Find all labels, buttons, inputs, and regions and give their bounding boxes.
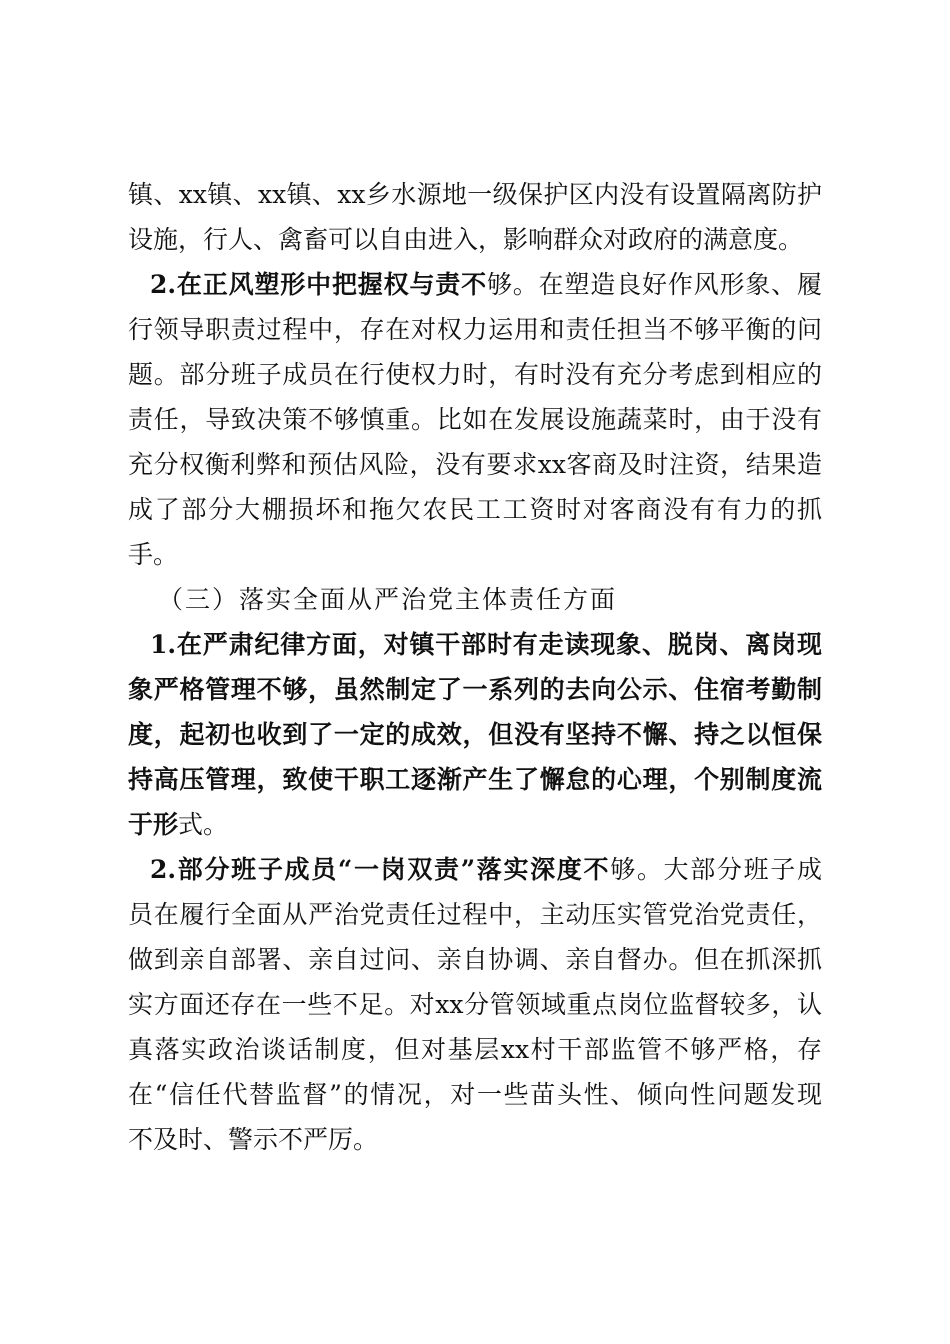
text-run: 实方面还存在一些不足。对xx分管领域重点岗位监督较多，认	[128, 990, 822, 1019]
text-run: 行领导职责过程中，存在对权力运用和责任担当不够平衡的问	[128, 315, 822, 344]
text-run: 够。大部分班子成	[610, 855, 822, 884]
text-run: 不及时、警示不严厉。	[128, 1125, 378, 1154]
text-line: 做到亲自部署、亲自过问、亲自协调、亲自督办。但在抓深抓	[128, 937, 822, 982]
text-line: 持高压管理，致使干职工逐渐产生了懈怠的心理，个别制度流	[128, 757, 822, 802]
text-run: 真落实政治谈话制度，但对基层xx村干部监管不够严格，存	[128, 1035, 822, 1064]
text-line: 2.在正风塑形中把握权与责不够。在塑造良好作风形象、履	[128, 262, 822, 307]
text-line: 行领导职责过程中，存在对权力运用和责任担当不够平衡的问	[128, 307, 822, 352]
document-page: 镇、xx镇、xx镇、xx乡水源地一级保护区内没有设置隔离防护设施，行人、禽畜可以…	[0, 0, 950, 1344]
text-line: 度，起初也收到了一定的成效，但没有坚持不懈、持之以恒保	[128, 712, 822, 757]
bold-text-run: 于形	[128, 810, 178, 839]
continuation-paragraph-water-source: 镇、xx镇、xx镇、xx乡水源地一级保护区内没有设置隔离防护设施，行人、禽畜可以…	[128, 172, 822, 262]
text-run: 成了部分大棚损坏和拖欠农民工工资时对客商没有有力的抓	[128, 495, 822, 524]
text-run: 充分权衡利弊和预估风险，没有要求xx客商及时注资，结果造	[128, 450, 822, 479]
text-line: 镇、xx镇、xx镇、xx乡水源地一级保护区内没有设置隔离防护	[128, 172, 822, 217]
text-run: 在“信任代替监督”的情况，对一些苗头性、倾向性问题发现	[128, 1080, 822, 1109]
text-line: 题。部分班子成员在行使权力时，有时没有充分考虑到相应的	[128, 352, 822, 397]
text-line: 在“信任代替监督”的情况，对一些苗头性、倾向性问题发现	[128, 1072, 822, 1117]
bold-text-run: 2.部分班子成员“一岗双责”落实深度不	[150, 855, 610, 884]
bold-text-run: 象严格管理不够，虽然制定了一系列的去向公示、住宿考勤制	[128, 675, 822, 704]
text-run: 员在履行全面从严治党责任过程中，主动压实管党治党责任，	[128, 900, 822, 929]
text-line: 手。	[128, 532, 822, 577]
text-line: 责任，导致决策不够慎重。比如在发展设施蔬菜时，由于没有	[128, 397, 822, 442]
text-line: 员在履行全面从严治党责任过程中，主动压实管党治党责任，	[128, 892, 822, 937]
text-line: 真落实政治谈话制度，但对基层xx村干部监管不够严格，存	[128, 1027, 822, 1072]
point-2-power-and-responsibility: 2.在正风塑形中把握权与责不够。在塑造良好作风形象、履行领导职责过程中，存在对权…	[128, 262, 822, 577]
text-run: （三）落实全面从严治党主体责任方面	[158, 585, 617, 614]
point-1-strict-discipline: 1.在严肃纪律方面，对镇干部时有走读现象、脱岗、离岗现象严格管理不够，虽然制定了…	[128, 622, 822, 847]
text-run: 设施，行人、禽畜可以自由进入，影响群众对政府的满意度。	[128, 225, 803, 254]
text-run: 镇、xx镇、xx镇、xx乡水源地一级保护区内没有设置隔离防护	[128, 180, 822, 209]
text-line: 象严格管理不够，虽然制定了一系列的去向公示、住宿考勤制	[128, 667, 822, 712]
bold-text-run: 度，起初也收到了一定的成效，但没有坚持不懈、持之以恒保	[128, 720, 822, 749]
bold-text-run: 1.在严肃纪律方面，对镇干部时有走读现象、脱岗、离岗现	[150, 630, 822, 659]
text-run: 题。部分班子成员在行使权力时，有时没有充分考虑到相应的	[128, 360, 822, 389]
text-run: 式。	[178, 810, 228, 839]
text-line: （三）落实全面从严治党主体责任方面	[128, 577, 822, 622]
text-line: 2.部分班子成员“一岗双责”落实深度不够。大部分班子成	[128, 847, 822, 892]
text-line: 于形式。	[128, 802, 822, 847]
document-body: 镇、xx镇、xx镇、xx乡水源地一级保护区内没有设置隔离防护设施，行人、禽畜可以…	[128, 172, 822, 1162]
section-heading-three: （三）落实全面从严治党主体责任方面	[128, 577, 822, 622]
text-line: 1.在严肃纪律方面，对镇干部时有走读现象、脱岗、离岗现	[128, 622, 822, 667]
text-run: 责任，导致决策不够慎重。比如在发展设施蔬菜时，由于没有	[128, 405, 822, 434]
text-run: 做到亲自部署、亲自过问、亲自协调、亲自督办。但在抓深抓	[128, 945, 822, 974]
bold-text-run: 2.在正风塑形中把握权与责不	[150, 270, 487, 299]
bold-text-run: 持高压管理，致使干职工逐渐产生了懈怠的心理，个别制度流	[128, 765, 822, 794]
point-2-dual-responsibility: 2.部分班子成员“一岗双责”落实深度不够。大部分班子成员在履行全面从严治党责任过…	[128, 847, 822, 1162]
text-line: 充分权衡利弊和预估风险，没有要求xx客商及时注资，结果造	[128, 442, 822, 487]
text-line: 不及时、警示不严厉。	[128, 1117, 822, 1162]
text-run: 够。在塑造良好作风形象、履	[487, 270, 822, 299]
text-line: 实方面还存在一些不足。对xx分管领域重点岗位监督较多，认	[128, 982, 822, 1027]
text-run: 手。	[128, 540, 178, 569]
text-line: 设施，行人、禽畜可以自由进入，影响群众对政府的满意度。	[128, 217, 822, 262]
text-line: 成了部分大棚损坏和拖欠农民工工资时对客商没有有力的抓	[128, 487, 822, 532]
